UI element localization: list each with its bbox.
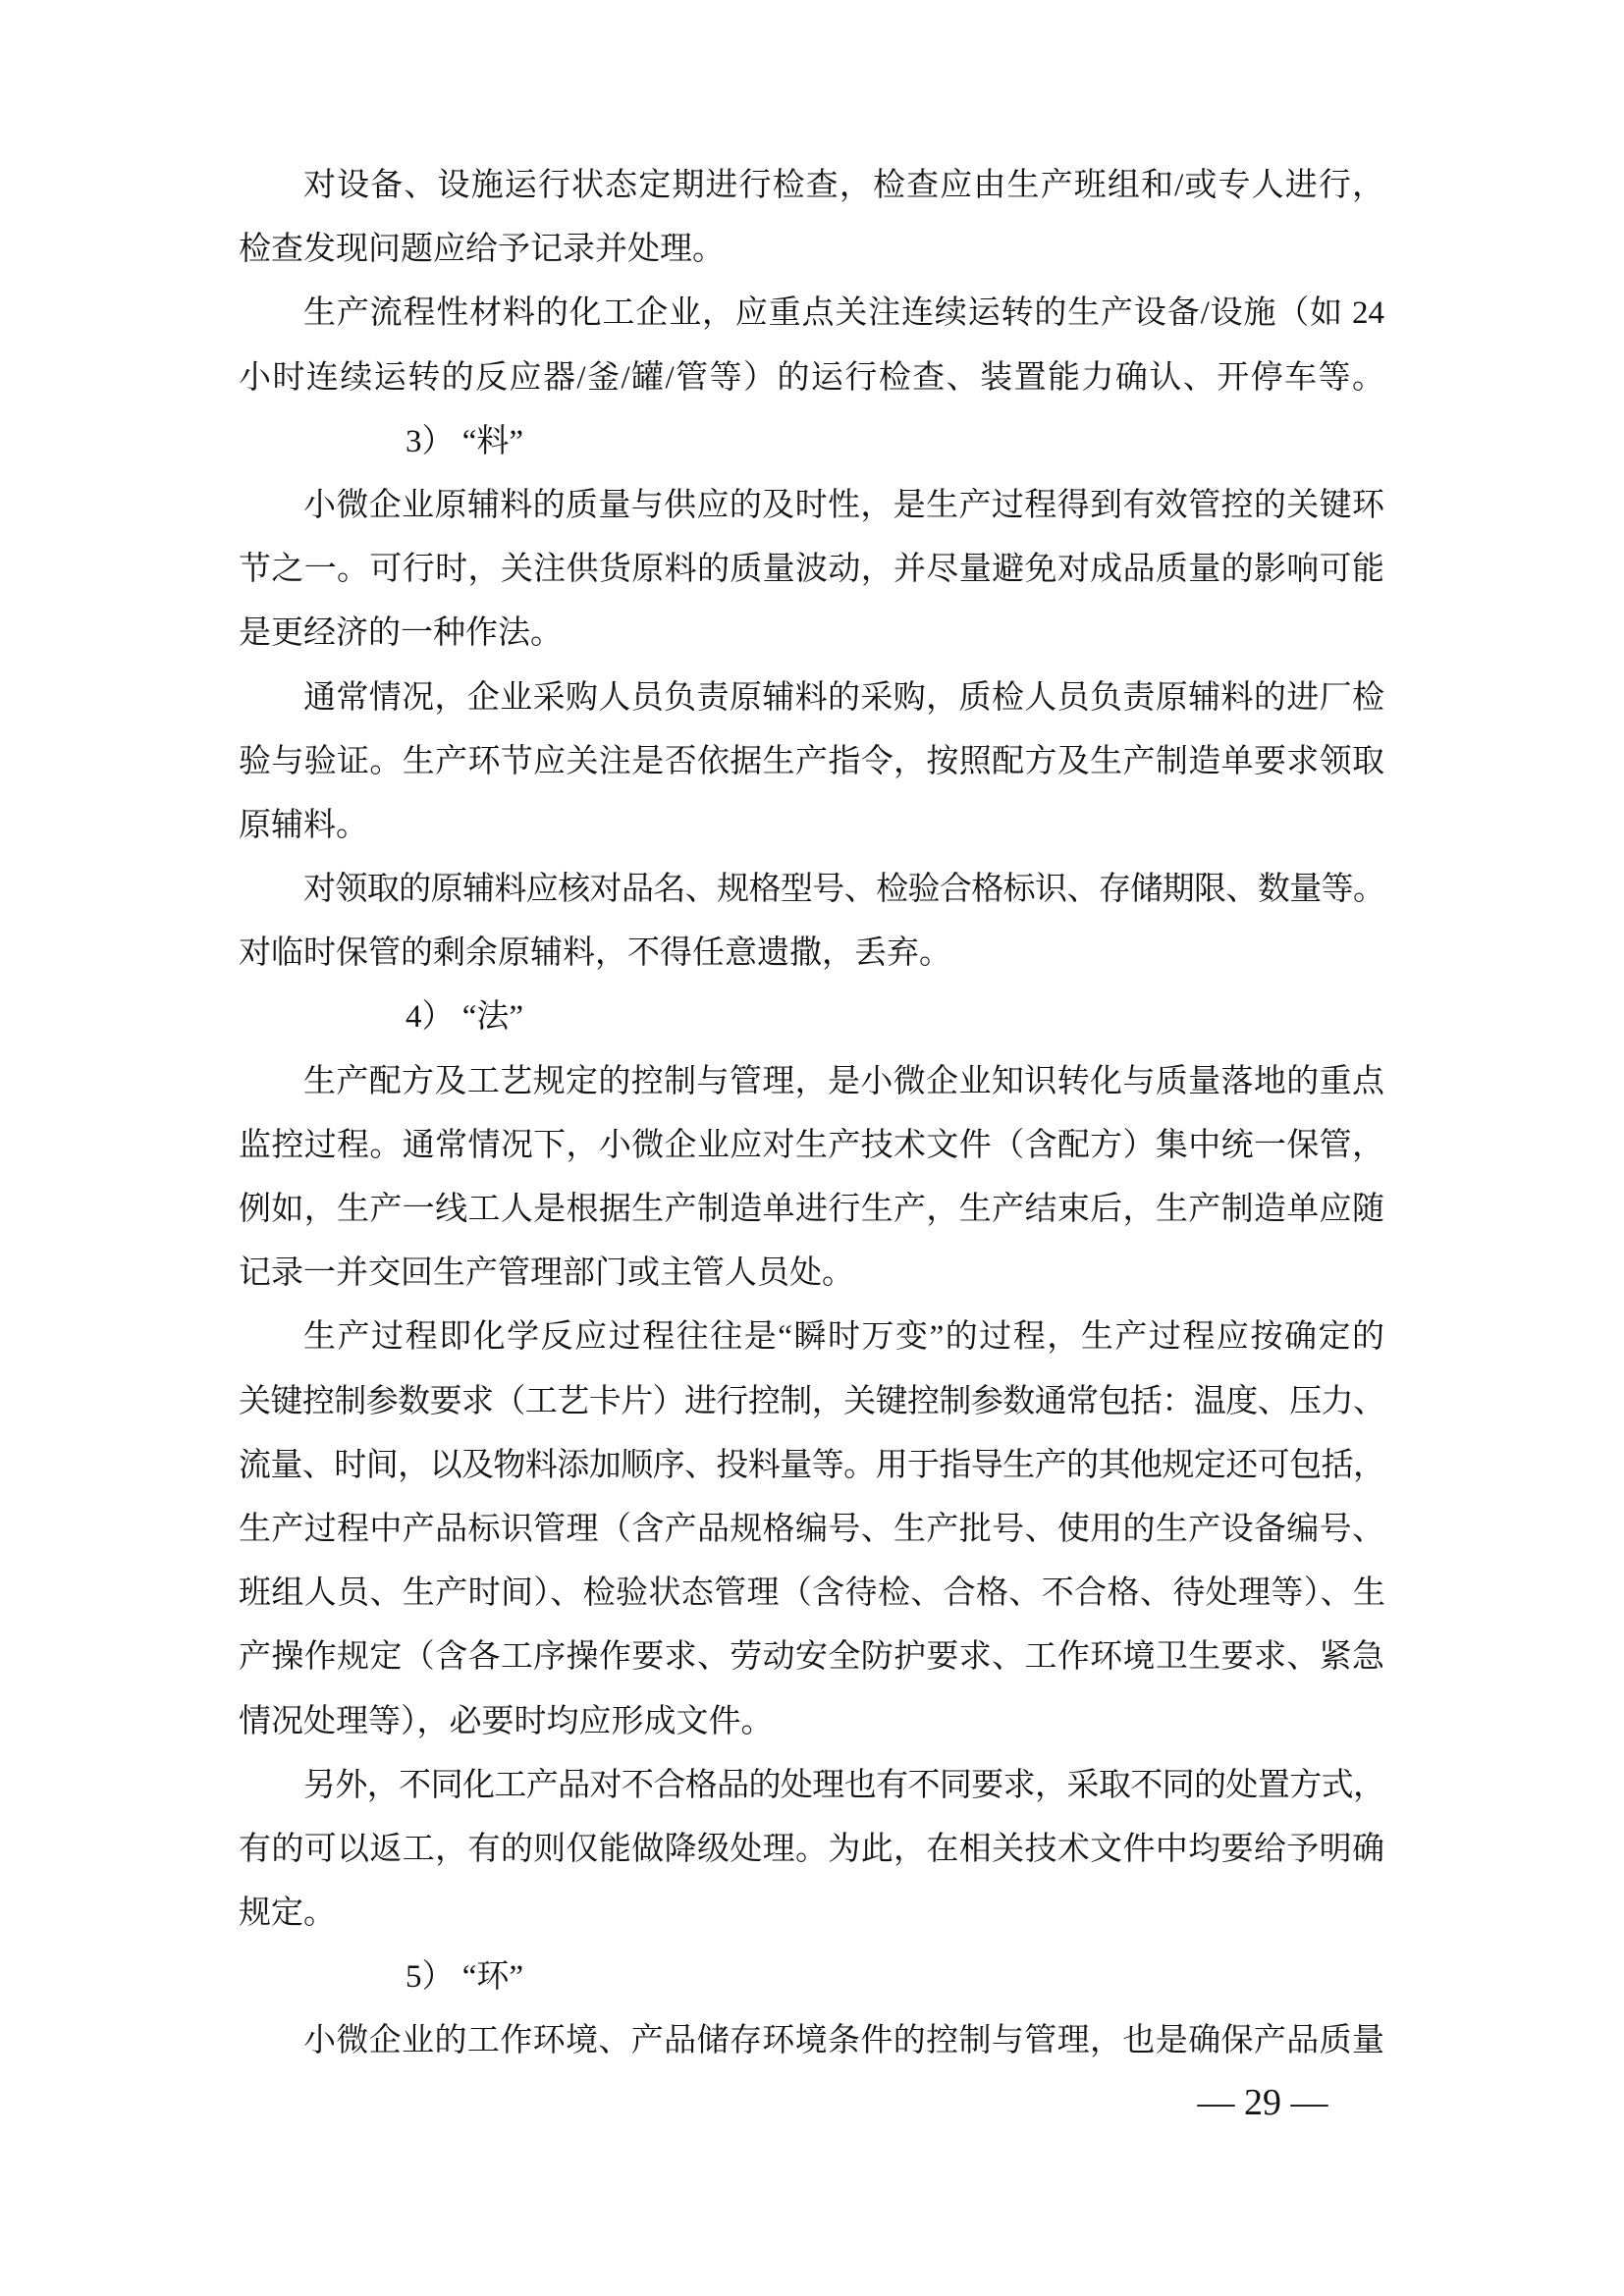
text-line: 对设备、设施运行状态定期进行检查，检查应由生产班组和/或专人进行， bbox=[239, 154, 1384, 218]
text-line: 节之一。可行时，关注供货原料的质量波动，并尽量避免对成品质量的影响可能 bbox=[239, 538, 1384, 602]
heading-line: 4） “法” bbox=[239, 986, 1384, 1049]
text-line: 例如，生产一线工人是根据生产制造单进行生产，生产结束后，生产制造单应随 bbox=[239, 1178, 1384, 1242]
text-line: 情况处理等），必要时均应形成文件。 bbox=[239, 1690, 1384, 1754]
text-line: 生产过程中产品标识管理（含产品规格编号、生产批号、使用的生产设备编号、 bbox=[239, 1498, 1384, 1562]
text-line: 对临时保管的剩余原辅料，不得任意遗撒，丢弃。 bbox=[239, 922, 1384, 986]
text-line: 另外，不同化工产品对不合格品的处理也有不同要求，采取不同的处置方式， bbox=[239, 1754, 1384, 1818]
text-line: 通常情况，企业采购人员负责原辅料的采购，质检人员负责原辅料的进厂检 bbox=[239, 667, 1384, 730]
text-block: 对设备、设施运行状态定期进行检查，检查应由生产班组和/或专人进行，检查发现问题应… bbox=[239, 154, 1384, 2074]
text-line: 关键控制参数要求（工艺卡片）进行控制，关键控制参数通常包括：温度、压力、 bbox=[239, 1370, 1384, 1434]
text-line: 是更经济的一种作法。 bbox=[239, 602, 1384, 666]
text-line: 产操作规定（含各工序操作要求、劳动安全防护要求、工作环境卫生要求、紧急 bbox=[239, 1626, 1384, 1689]
text-line: 对领取的原辅料应核对品名、规格型号、检验合格标识、存储期限、数量等。 bbox=[239, 858, 1384, 922]
text-line: 原辅料。 bbox=[239, 794, 1384, 858]
text-line: 小时连续运转的反应器/釜/罐/管等）的运行检查、装置能力确认、开停车等。 bbox=[239, 347, 1384, 410]
text-line: 小微企业的工作环境、产品储存环境条件的控制与管理，也是确保产品质量 bbox=[239, 2009, 1384, 2073]
text-line: 记录一并交回生产管理部门或主管人员处。 bbox=[239, 1242, 1384, 1306]
text-line: 规定。 bbox=[239, 1882, 1384, 1946]
heading-line: 5） “环” bbox=[239, 1946, 1384, 2009]
page-number: — 29 — bbox=[1135, 2079, 1390, 2126]
text-line: 验与验证。生产环节应关注是否依据生产指令，按照配方及生产制造单要求领取 bbox=[239, 730, 1384, 794]
text-line: 班组人员、生产时间）、检验状态管理（含待检、合格、不合格、待处理等）、生 bbox=[239, 1562, 1384, 1626]
text-line: 生产过程即化学反应过程往往是“瞬时万变”的过程，生产过程应按确定的 bbox=[239, 1306, 1384, 1369]
text-line: 小微企业原辅料的质量与供应的及时性，是生产过程得到有效管控的关键环 bbox=[239, 474, 1384, 538]
text-line: 监控过程。通常情况下，小微企业应对生产技术文件（含配方）集中统一保管， bbox=[239, 1114, 1384, 1178]
text-line: 生产流程性材料的化工企业，应重点关注连续运转的生产设备/设施（如 24 bbox=[239, 282, 1384, 346]
text-line: 生产配方及工艺规定的控制与管理，是小微企业知识转化与质量落地的重点 bbox=[239, 1050, 1384, 1114]
heading-line: 3） “料” bbox=[239, 410, 1384, 474]
text-line: 检查发现问题应给予记录并处理。 bbox=[239, 218, 1384, 282]
document-page: 对设备、设施运行状态定期进行检查，检查应由生产班组和/或专人进行，检查发现问题应… bbox=[0, 0, 1624, 2296]
text-line: 流量、时间，以及物料添加顺序、投料量等。用于指导生产的其他规定还可包括， bbox=[239, 1434, 1384, 1498]
text-line: 有的可以返工，有的则仅能做降级处理。为此，在相关技术文件中均要给予明确 bbox=[239, 1818, 1384, 1882]
